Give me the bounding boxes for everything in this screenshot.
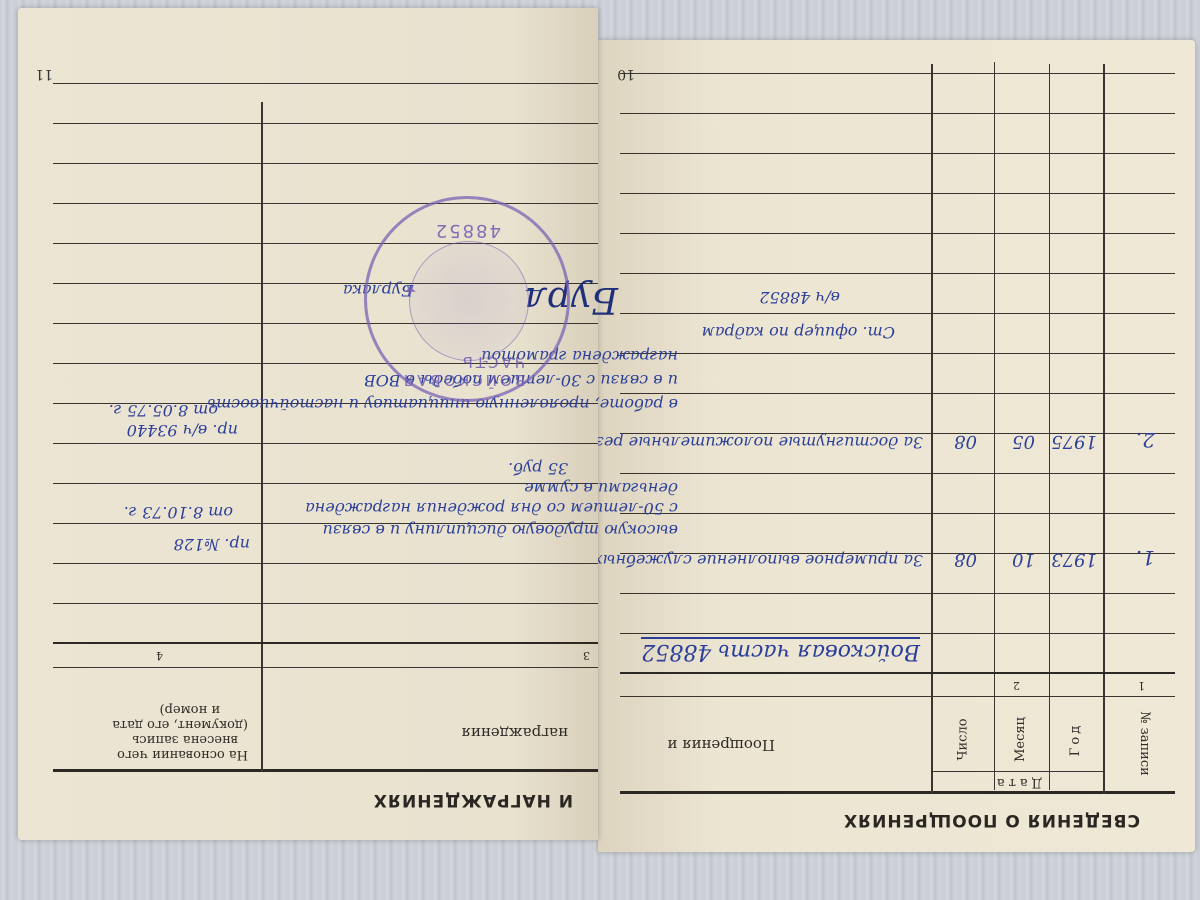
header-year: Год bbox=[1050, 710, 1100, 770]
year-label: Год bbox=[1068, 723, 1083, 756]
entry-1-basis-1: пр. №128 bbox=[174, 535, 250, 554]
entry-1-no: 1. bbox=[1136, 546, 1155, 570]
date-subrule bbox=[933, 771, 1105, 772]
booklet-spread: СВЕДЕНИЯ О ПООЩРЕНИЯХ № записи Дата Год … bbox=[0, 0, 1200, 900]
row-rule bbox=[53, 203, 598, 204]
page-11: И НАГРАЖДЕНИЯХ награждения На основании … bbox=[18, 8, 598, 840]
colnum-bottom-rule bbox=[53, 642, 598, 644]
header-record-no: № записи bbox=[1115, 704, 1175, 784]
col-divider-2 bbox=[1049, 64, 1050, 790]
stamp-star-icon: ★ bbox=[401, 281, 417, 299]
basis-label-1: На основании чего bbox=[112, 747, 248, 762]
row-rule bbox=[53, 163, 598, 164]
col-divider-4 bbox=[931, 64, 933, 794]
row-rule bbox=[620, 393, 1175, 394]
row-rule bbox=[620, 513, 1175, 514]
header-top-rule bbox=[53, 769, 598, 772]
header-date: Дата bbox=[935, 775, 1100, 790]
header-awards-cont: награждения bbox=[461, 725, 568, 740]
organization-heading: Войсковая часть 48852 bbox=[641, 637, 920, 664]
row-rule bbox=[620, 193, 1175, 194]
colnum-4: 4 bbox=[156, 649, 163, 662]
row-rule bbox=[53, 563, 598, 564]
header-month: Месяц bbox=[995, 710, 1047, 770]
stamp-ring-text: ВОЙСКОВАЯ ЧАСТЬ bbox=[367, 353, 525, 389]
stamp-number: 48852 bbox=[434, 220, 501, 241]
colnum-2: 2 bbox=[1013, 679, 1020, 692]
col-divider-3 bbox=[994, 62, 995, 790]
row-rule bbox=[620, 113, 1175, 114]
basis-label-4: и номер) bbox=[112, 702, 248, 717]
record-no-label: № записи bbox=[1138, 712, 1153, 777]
row-rule bbox=[53, 603, 598, 604]
page-10: СВЕДЕНИЯ О ПООЩРЕНИЯХ № записи Дата Год … bbox=[598, 40, 1195, 852]
day-label: Число bbox=[956, 719, 971, 761]
entry-1-text-line-4: деньгами в сумме bbox=[524, 479, 678, 498]
row-rule bbox=[53, 443, 598, 444]
signature-title-line-1: Ст. офицер по кадрам bbox=[702, 323, 895, 342]
header-day: Число bbox=[934, 710, 992, 770]
entry-1-basis-2: от 8.10.73 г. bbox=[124, 503, 233, 522]
header-basis: На основании чего внесена запись (докуме… bbox=[112, 702, 248, 762]
col-divider-1 bbox=[1103, 64, 1105, 794]
row-rule bbox=[620, 353, 1175, 354]
colnum-top-rule bbox=[53, 667, 598, 668]
row-rule bbox=[620, 633, 1175, 634]
entry-1-text-line-3: с 50-летием со дня рождения награждена bbox=[305, 499, 678, 518]
row-rule bbox=[620, 313, 1175, 314]
section-title-left: СВЕДЕНИЯ О ПООЩРЕНИЯХ bbox=[843, 810, 1140, 830]
section-title-right: И НАГРАЖДЕНИЯХ bbox=[373, 790, 573, 810]
month-label: Месяц bbox=[1014, 718, 1029, 763]
entry-2-no: 2. bbox=[1136, 428, 1155, 452]
entry-2-basis-1: пр. в/ч 93440 bbox=[127, 421, 238, 440]
signature-title-line-2: в/ч 48852 bbox=[759, 288, 840, 307]
colnum-3: 3 bbox=[583, 649, 590, 662]
row-rule bbox=[620, 233, 1175, 234]
entry-1-text-line-2: высокую трудовую дисциплину и в связи bbox=[323, 521, 678, 540]
header-awards: Поощрения и bbox=[667, 737, 775, 752]
row-rule bbox=[620, 473, 1175, 474]
official-stamp: ВОЙСКОВАЯ ЧАСТЬ 48852 ★ bbox=[364, 196, 570, 402]
basis-label-2: внесена запись bbox=[112, 732, 248, 747]
header-top-rule bbox=[620, 791, 1175, 794]
stamp-emblem bbox=[409, 241, 529, 361]
entry-1-year: 1973 bbox=[1051, 549, 1097, 570]
row-rule bbox=[620, 73, 1175, 74]
row-rule bbox=[53, 83, 598, 84]
basis-label-3: (документ, его дата bbox=[112, 717, 248, 732]
colnum-1: 1 bbox=[1138, 679, 1145, 692]
row-rule bbox=[620, 273, 1175, 274]
entry-2-day: 08 bbox=[954, 431, 977, 452]
entry-2-year: 1975 bbox=[1051, 431, 1097, 452]
entry-1-day: 08 bbox=[954, 549, 977, 570]
entry-2-month: 05 bbox=[1012, 431, 1035, 452]
entry-1-text-line-5: 35 руб. bbox=[508, 459, 568, 478]
entry-1-month: 10 bbox=[1012, 549, 1035, 570]
colnum-bottom-rule bbox=[620, 672, 1175, 674]
row-rule bbox=[620, 593, 1175, 594]
page-number-10: 10 bbox=[617, 66, 635, 82]
row-rule bbox=[620, 153, 1175, 154]
row-rule bbox=[53, 483, 598, 484]
entry-2-basis-2: от 8.05.75 г. bbox=[109, 401, 218, 420]
page-number-11: 11 bbox=[35, 66, 53, 82]
row-rule bbox=[53, 123, 598, 124]
colnum-top-rule bbox=[620, 696, 1175, 697]
